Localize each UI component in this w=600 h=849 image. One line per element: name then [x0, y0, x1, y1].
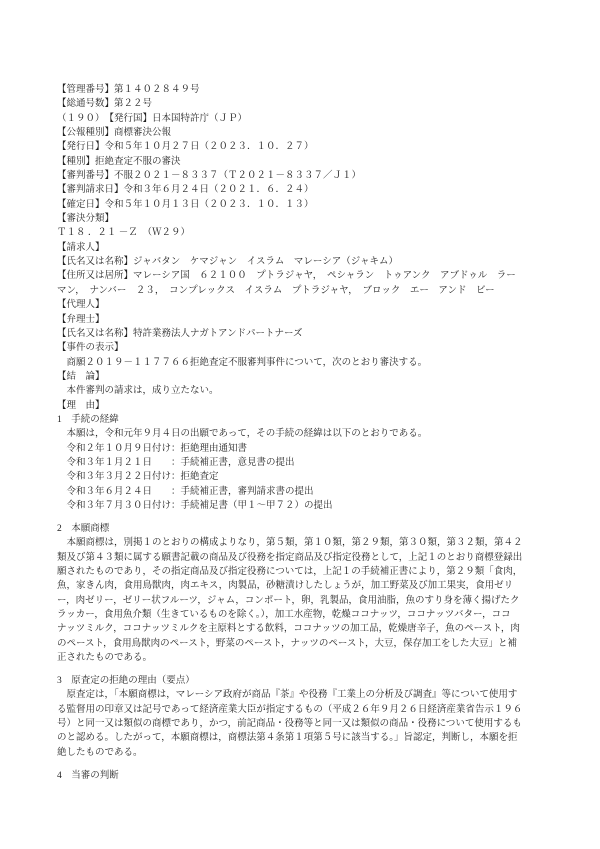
header-line: 【審判番号】不服２０２１－８３３７（Ｔ２０２１－８３３７／Ｊ１）: [57, 169, 582, 183]
party-line: 【代理人】: [57, 298, 582, 312]
header-line: （１９０） 【発行国】日本国特許庁（ＪＰ）: [57, 112, 582, 126]
header-line: 【管理番号】第１４０２８４９号: [57, 83, 582, 97]
case-line: 本件審判の請求は，成り立たない。: [57, 384, 582, 398]
header-line: 【審決分類】: [57, 212, 582, 226]
header-line: 【発行日】令和５年１０月２７日（２０２３．１０．２７）: [57, 140, 582, 154]
section-line: 魚，家きん肉，食用鳥獣肉，肉エキス，肉製品，砂糖漬けしたしょうが，加工野菜及び加…: [57, 579, 582, 593]
party-line: マン， ナンバー ２３， コンプレックス イスラム プトラジャヤ， ブロック エ…: [57, 284, 582, 298]
section-line: のと認める。したがって，本願商標は，商標法第４条第１項第５号に該当する。」旨認定…: [57, 731, 582, 745]
section-heading: 2 本願商標: [57, 522, 582, 536]
section-heading: 3 原査定の拒絶の理由（要点）: [57, 674, 582, 688]
blank-line: [57, 760, 582, 769]
section-line: 本願は，令和元年９月４日の出願であって，その手続の経緯は以下のとおりである。: [57, 427, 582, 441]
section-line: 令和３年３月２２日付け：拒絶査定: [57, 470, 582, 484]
section-line: 類及び第４３類に属する願書記載の商品及び役務を指定商品及び指定役務として，上記１…: [57, 551, 582, 565]
section-line: 令和３年７月３０日付け：手続補足書（甲１～甲７２）の提出: [57, 499, 582, 513]
party-line: 【弁理士】: [57, 313, 582, 327]
case-line: 【事件の表示】: [57, 341, 582, 355]
blank-line: [57, 513, 582, 522]
party-line: 【請求人】: [57, 241, 582, 255]
blank-line: [57, 665, 582, 674]
case-line: 商願２０１９－１１７７６６拒絶査定不服審判事件について，次のとおり審決する。: [57, 356, 582, 370]
section-line: 本願商標は，別掲１のとおりの構成よりなり，第５類，第１０類，第２９類，第３０類，…: [57, 536, 582, 550]
header-line: 【公報種別】商標審決公報: [57, 126, 582, 140]
section-line: 正されたものである。: [57, 651, 582, 665]
section-line: 願されたものであり，その指定商品及び指定役務については，上記１の手続補正書により…: [57, 565, 582, 579]
section-line: 令和２年１０月９日付け：拒絶理由通知書: [57, 442, 582, 456]
party-line: 【氏名又は名称】ジャバタン ケマジャン イスラム マレーシア（ジャキム）: [57, 255, 582, 269]
section-line: ー，肉ゼリー，ゼリー状フルーツ，ジャム，コンポート，卵，乳製品，食用油脂，魚のす…: [57, 594, 582, 608]
section-heading: 4 当審の判断: [57, 769, 582, 783]
document-text: 【管理番号】第１４０２８４９号【総通号数】第２２号（１９０） 【発行国】日本国特…: [57, 83, 582, 783]
header-line: 【確定日】令和５年１０月１３日（２０２３．１０．１３）: [57, 198, 582, 212]
section-line: 令和３年１月２１日 ：手続補正書，意見書の提出: [57, 456, 582, 470]
party-line: 【氏名又は名称】特許業務法人ナガトアンドパートナーズ: [57, 327, 582, 341]
section-line: る監督用の印章又は記号であって経済産業大臣が指定するもの（平成２６年９月２６日経…: [57, 703, 582, 717]
section-line: 号）と同一又は類似の商標であり，かつ，前記商品・役務等と同一又は類似の商品・役務…: [57, 717, 582, 731]
section-line: 令和３年６月２４日 ：手続補正書，審判請求書の提出: [57, 485, 582, 499]
case-line: 【理 由】: [57, 399, 582, 413]
section-line: ラッカー，食用魚介類（生きているものを除く。），加工水産物，乾燥ココナッツ，ココ…: [57, 608, 582, 622]
header-line: 【審判請求日】令和３年６月２４日（２０２１．６．２４）: [57, 183, 582, 197]
gazette-page: 【管理番号】第１４０２８４９号【総通号数】第２２号（１９０） 【発行国】日本国特…: [0, 0, 600, 849]
party-line: 【住所又は居所】マレーシア国 ６２１００ プトラジャヤ， ペシャラン トゥアンク…: [57, 269, 582, 283]
case-line: 【結 論】: [57, 370, 582, 384]
header-line: 【種別】拒絶査定不服の審決: [57, 155, 582, 169]
section-line: ナッツミルク，ココナッツミルクを主原料とする飲料，ココナッツの加工品，乾燥唐辛子…: [57, 622, 582, 636]
section-line: 絶したものである。: [57, 746, 582, 760]
header-line: Ｔ１８ ．２１ －Ｚ （Ｗ２９）: [57, 226, 582, 240]
section-heading: 1 手続の経緯: [57, 413, 582, 427]
section-line: 原査定は，「本願商標は，マレーシア政府が商品『茶』や役務『工業上の分析及び調査』…: [57, 688, 582, 702]
section-line: のペースト，食用鳥獣肉のペースト，野菜のペースト，ナッツのペースト，大豆，保存加…: [57, 637, 582, 651]
header-line: 【総通号数】第２２号: [57, 97, 582, 111]
